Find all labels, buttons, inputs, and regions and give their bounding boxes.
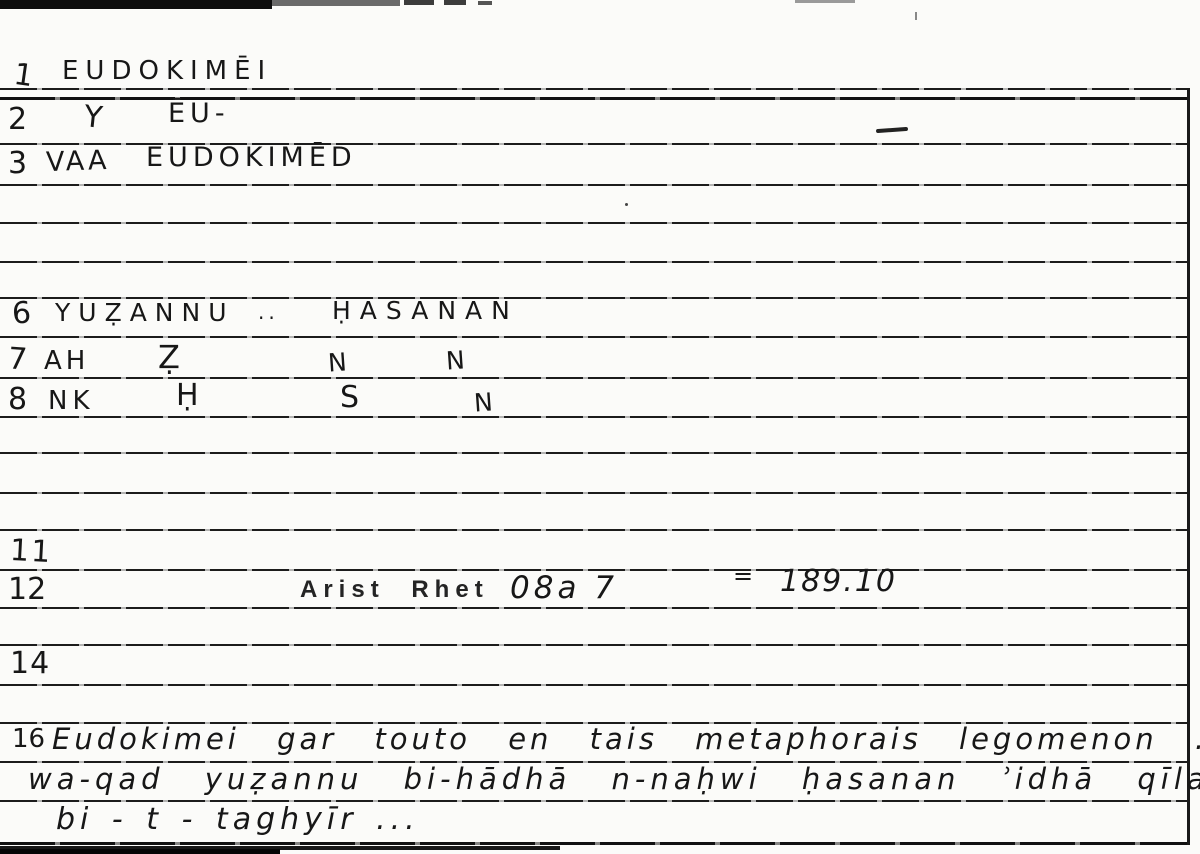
entry-hasanan: ḤASANAN: [332, 296, 519, 325]
scan-artifact-top-gray: [272, 0, 400, 6]
ruled-line: [0, 684, 1190, 686]
line-number-11: 11: [9, 533, 53, 570]
entry-y: Y: [82, 99, 104, 136]
stray-pen-mark: [876, 127, 908, 133]
citation-08a7: 08a 7: [510, 570, 618, 606]
scan-artifact-top-faint: [795, 0, 855, 3]
scan-artifact-top-dash-2: [444, 0, 466, 5]
entry-ah: AH: [44, 346, 89, 376]
scan-artifact-top-dash-1: [404, 0, 434, 5]
ruled-line: [0, 607, 1190, 609]
entry-h-dot: Ḥ: [176, 378, 199, 413]
scan-artifact-tick: [915, 12, 917, 20]
ink-speck: [625, 203, 628, 206]
ruled-line: [0, 222, 1190, 224]
line-number-14: 14: [10, 646, 50, 681]
entry-nk: NK: [48, 386, 95, 416]
entry-n-first: N: [327, 347, 348, 377]
line-number-8: 8: [8, 382, 27, 417]
scanned-index-card: 1 EUDOKIMĒI 2 Y ĒU- 3 VAA EUDOKIMĒD 6 YU…: [0, 0, 1200, 854]
passage-line-3: bi - t - taghyīr ...: [56, 802, 420, 837]
entry-yuzannu: YUẒANNU: [55, 298, 235, 327]
scan-artifact-bottom-black: [0, 849, 280, 854]
entry-n-second: N: [445, 345, 466, 375]
scan-artifact-top-left: [0, 0, 272, 9]
line-number-2: 2: [8, 102, 27, 137]
ruled-line: [0, 529, 1190, 531]
printed-label-arist-rhet: Arist Rhet: [300, 576, 489, 604]
ruled-line: [0, 842, 1190, 845]
ruled-line: [0, 261, 1190, 263]
ruled-line: [0, 88, 1190, 90]
passage-line-2: wa-qad yuẓannu bi-hādhā n-naḥwi ḥasanan …: [28, 762, 1200, 796]
ruled-line: [0, 452, 1190, 454]
entry-s: S: [340, 380, 359, 415]
line-number-6: 6: [11, 296, 32, 332]
passage-line-1: Eudokimei gar touto en tais metaphorais …: [52, 722, 1200, 756]
equals-sign: =: [733, 562, 753, 590]
entry-eudokimed: EUDOKIMĒD: [146, 142, 357, 173]
ruled-line: [0, 184, 1190, 186]
ruled-line: [0, 416, 1190, 418]
entry-vaa: VAA: [45, 145, 109, 178]
line-number-12: 12: [8, 572, 46, 607]
line-number-16: 16: [12, 724, 45, 754]
ruled-line: [0, 644, 1190, 646]
line-number-3: 3: [8, 146, 27, 181]
scan-artifact-top-dash-3: [478, 1, 492, 5]
dot-marks: ..: [258, 300, 279, 324]
entry-eudokimei: EUDOKIMĒI: [62, 56, 272, 86]
entry-n: N: [473, 387, 494, 417]
line-number-7: 7: [7, 341, 28, 377]
ruled-line: [0, 492, 1190, 494]
entry-eu: ĒU-: [168, 98, 230, 129]
reference-189-10: 189.10: [780, 564, 897, 599]
entry-z-dot: Ẓ: [158, 338, 180, 376]
